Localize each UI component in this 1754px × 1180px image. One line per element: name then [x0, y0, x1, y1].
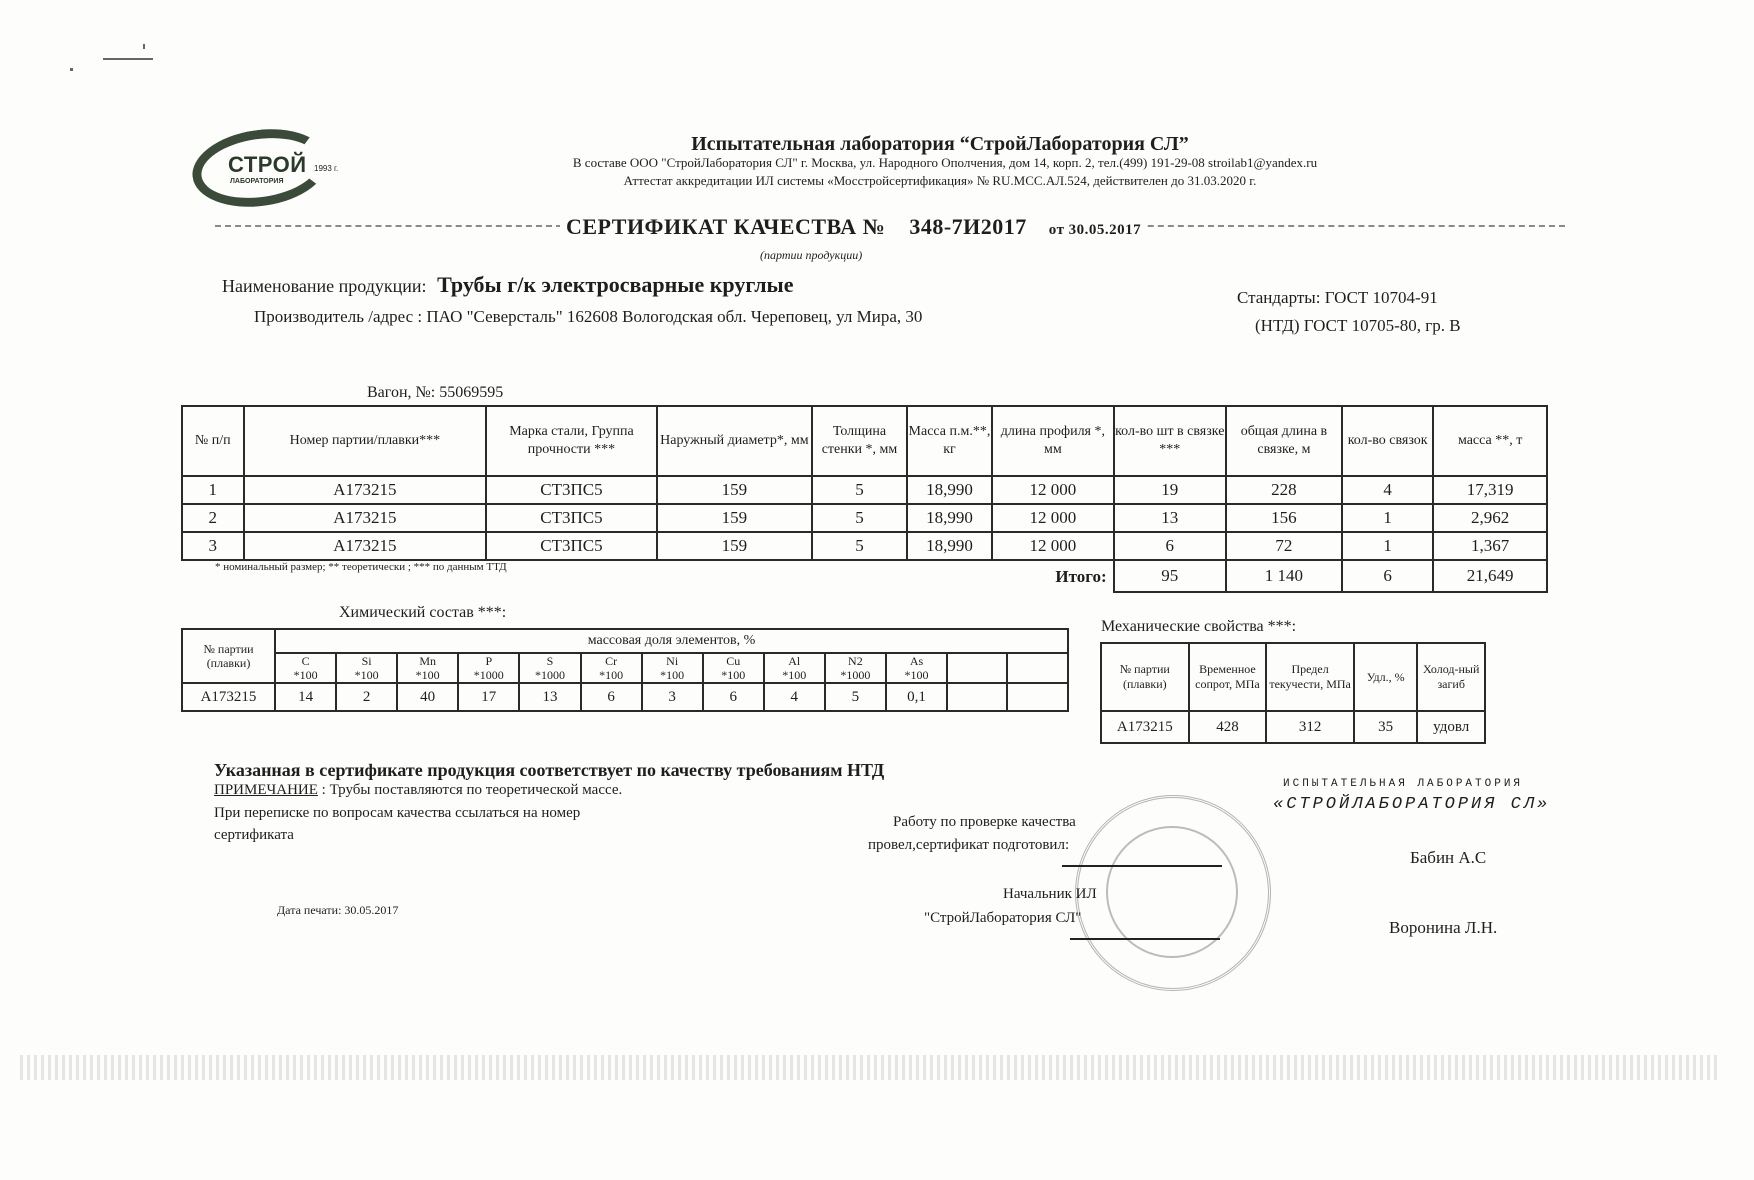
mechanical-table: № партии (плавки)Временное сопрот, МПаПр…	[1100, 642, 1486, 744]
certificate-number: 348-7И2017	[909, 214, 1026, 239]
element-value: 13	[519, 683, 580, 711]
lab-title: Испытательная лаборатория “СтройЛаборато…	[450, 133, 1430, 156]
table-cell: 17,319	[1433, 476, 1547, 504]
element-value: 40	[397, 683, 458, 711]
table-cell: А173215	[244, 532, 487, 560]
mech-column-header: № партии (плавки)	[1101, 643, 1189, 711]
element-value: 6	[581, 683, 642, 711]
element-symbol: Ni	[643, 654, 702, 668]
signature-line-1	[1062, 865, 1222, 867]
table-cell: 4	[1342, 476, 1433, 504]
mech-cell: 35	[1354, 711, 1418, 743]
table-cell: 159	[657, 532, 812, 560]
table-cell: 18,990	[907, 476, 992, 504]
element-symbol: Mn	[398, 654, 457, 668]
column-header: кол-во связок	[1342, 406, 1433, 476]
table-cell: 2,962	[1433, 504, 1547, 532]
element-value: 14	[275, 683, 336, 711]
lab-stamp-line-1: ИСПЫТАТЕЛЬНАЯ ЛАБОРАТОРИЯ	[1283, 778, 1523, 790]
table-row: А173215 142401713636450,1	[182, 683, 1068, 711]
chem-element-headers: C*100Si*100Mn*100P*1000S*1000Cr*100Ni*10…	[182, 653, 1068, 683]
table-cell: 228	[1226, 476, 1342, 504]
chem-batch-header: № партии (плавки)	[182, 629, 275, 683]
mech-header-row: № партии (плавки)Временное сопрот, МПаПр…	[1101, 643, 1485, 711]
scan-artifact	[143, 44, 145, 49]
lab-attestat: Аттестат аккредитации ИЛ системы «Мосстр…	[450, 173, 1430, 189]
scan-artifact	[103, 58, 153, 60]
print-date: Дата печати: 30.05.2017	[277, 903, 398, 918]
logo-word: СТРОЙ	[228, 152, 307, 178]
correspondence-line-2: сертификата	[214, 827, 294, 844]
mech-cell: А173215	[1101, 711, 1189, 743]
table-cell: 5	[812, 504, 907, 532]
logo-year: 1993 г.	[314, 164, 338, 173]
element-value: 3	[642, 683, 703, 711]
element-multiplier: *100	[765, 668, 824, 682]
element-header: Cu*100	[703, 653, 764, 683]
product-name: Наименование продукции: Трубы г/к электр…	[222, 272, 794, 298]
total-mass: 21,649	[1433, 560, 1547, 592]
table-cell: 1	[1342, 504, 1433, 532]
table-cell: 2	[182, 504, 244, 532]
checked-by-line-2: провел,сертификат подготовил:	[868, 837, 1069, 854]
mech-column-header: Удл., %	[1354, 643, 1418, 711]
column-header: кол-во шт в связке ***	[1114, 406, 1226, 476]
element-header: Mn*100	[397, 653, 458, 683]
chemistry-title: Химический состав ***:	[339, 604, 506, 622]
element-header: C*100	[275, 653, 336, 683]
column-header: масса **, т	[1433, 406, 1547, 476]
table-cell: 18,990	[907, 532, 992, 560]
element-header: Si*100	[336, 653, 397, 683]
mechanical-title: Механические свойства ***:	[1101, 618, 1296, 636]
column-header: Марка стали, Группа прочности ***	[486, 406, 656, 476]
element-value: 0,1	[886, 683, 947, 711]
element-value: 5	[825, 683, 886, 711]
wagon-number: Вагон, №: 55069595	[367, 384, 503, 402]
element-symbol: As	[887, 654, 946, 668]
table-cell: 3	[182, 532, 244, 560]
table-header-row: № п/пНомер партии/плавки***Марка стали, …	[182, 406, 1547, 476]
table-cell: 159	[657, 476, 812, 504]
element-header	[1007, 653, 1068, 683]
manufacturer: Производитель /адрес : ПАО "Северсталь" …	[254, 307, 922, 327]
element-symbol: C	[276, 654, 335, 668]
correspondence-line-1: При переписке по вопросам качества ссыла…	[214, 805, 580, 822]
table-cell: СТ3ПС5	[486, 532, 656, 560]
element-value: 17	[458, 683, 519, 711]
element-symbol: S	[520, 654, 579, 668]
column-header: Наружный диаметр*, мм	[657, 406, 812, 476]
element-symbol: Cr	[582, 654, 641, 668]
total-bundles: 6	[1342, 560, 1433, 592]
element-multiplier: *1000	[520, 668, 579, 682]
element-multiplier: *100	[276, 668, 335, 682]
signer-1: Бабин А.С	[1410, 848, 1486, 868]
table-cell: 1	[1342, 532, 1433, 560]
element-multiplier: *100	[582, 668, 641, 682]
standards-line-1: Стандарты: ГОСТ 10704-91	[1237, 288, 1438, 308]
column-header: Толщина стенки *, мм	[812, 406, 907, 476]
signer-2: Воронина Л.Н.	[1389, 918, 1497, 938]
standards-line-2: (НТД) ГОСТ 10705-80, гр. В	[1255, 316, 1461, 336]
table-cell: 72	[1226, 532, 1342, 560]
element-value: 6	[703, 683, 764, 711]
table-row: 1А173215СТ3ПС5159518,99012 00019228417,3…	[182, 476, 1547, 504]
column-header: Масса п.м.**, кг	[907, 406, 992, 476]
element-multiplier: *100	[643, 668, 702, 682]
product-value: Трубы г/к электросварные круглые	[437, 272, 793, 297]
conformity-statement: Указанная в сертификате продукция соотве…	[214, 760, 884, 781]
element-header: Ni*100	[642, 653, 703, 683]
element-header: Cr*100	[581, 653, 642, 683]
table-cell: СТ3ПС5	[486, 504, 656, 532]
head-title-line-1: Начальник ИЛ	[1003, 886, 1097, 903]
element-multiplier: *100	[704, 668, 763, 682]
mech-cell: 312	[1266, 711, 1354, 743]
scan-artifact	[70, 68, 73, 71]
chem-batch: А173215	[182, 683, 275, 711]
element-header: N2*1000	[825, 653, 886, 683]
element-multiplier: *100	[887, 668, 946, 682]
table-cell: 6	[1114, 532, 1226, 560]
table-cell: А173215	[244, 476, 487, 504]
table-footnote: * номинальный размер; ** теоретически ; …	[215, 561, 507, 573]
certificate-subtitle: (партии продукции)	[760, 248, 862, 263]
table-cell: 12 000	[992, 476, 1114, 504]
column-header: Номер партии/плавки***	[244, 406, 487, 476]
table-cell: 156	[1226, 504, 1342, 532]
checked-by-line-1: Работу по проверке качества	[893, 814, 1076, 831]
element-symbol: N2	[826, 654, 885, 668]
table-cell: 5	[812, 532, 907, 560]
element-symbol: Cu	[704, 654, 763, 668]
element-multiplier: *100	[337, 668, 396, 682]
note-text: : Трубы поставляются по теоретической ма…	[318, 782, 622, 798]
element-multiplier: *1000	[826, 668, 885, 682]
element-header: As*100	[886, 653, 947, 683]
note-label: ПРИМЕЧАНИЕ	[214, 782, 318, 798]
lab-address: В составе ООО "СтройЛаборатория СЛ" г. М…	[450, 155, 1440, 171]
element-symbol: P	[459, 654, 518, 668]
column-header: № п/п	[182, 406, 244, 476]
table-cell: 12 000	[992, 504, 1114, 532]
table-cell: 19	[1114, 476, 1226, 504]
table-cell: 1	[182, 476, 244, 504]
table-row: 3А173215СТ3ПС5159518,99012 00067211,367	[182, 532, 1547, 560]
round-stamp-icon	[1075, 795, 1271, 991]
chemistry-table: № партии (плавки) массовая доля элементо…	[181, 628, 1069, 712]
element-header: S*1000	[519, 653, 580, 683]
element-value: 2	[336, 683, 397, 711]
scan-artifact	[20, 1055, 1720, 1080]
signature-line-2	[1070, 938, 1220, 940]
element-value: 4	[764, 683, 825, 711]
totals-label: Итого:	[992, 560, 1114, 592]
element-symbol: Si	[337, 654, 396, 668]
chem-group-header: массовая доля элементов, %	[275, 629, 1068, 653]
certificate-title: СЕРТИФИКАТ КАЧЕСТВА № 348-7И2017 от 30.0…	[560, 214, 1147, 240]
mech-column-header: Предел текучести, МПа	[1266, 643, 1354, 711]
element-header: P*1000	[458, 653, 519, 683]
table-row: 2А173215СТ3ПС5159518,99012 0001315612,96…	[182, 504, 1547, 532]
table-cell: СТ3ПС5	[486, 476, 656, 504]
element-multiplier: *100	[398, 668, 457, 682]
note: ПРИМЕЧАНИЕ : Трубы поставляются по теоре…	[214, 782, 622, 799]
logo-subtitle: ЛАБОРАТОРИЯ	[230, 178, 283, 185]
head-title-line-2: "СтройЛаборатория СЛ"	[924, 910, 1081, 927]
element-symbol: Al	[765, 654, 824, 668]
element-header: Al*100	[764, 653, 825, 683]
lab-logo: СТРОЙ ЛАБОРАТОРИЯ 1993 г.	[192, 130, 342, 210]
element-header	[947, 653, 1007, 683]
column-header: общая длина в связке, м	[1226, 406, 1342, 476]
total-pieces: 95	[1114, 560, 1226, 592]
total-length: 1 140	[1226, 560, 1342, 592]
mech-column-header: Временное сопрот, МПа	[1189, 643, 1267, 711]
table-cell: 159	[657, 504, 812, 532]
column-header: длина профиля *, мм	[992, 406, 1114, 476]
mech-cell: удовл	[1417, 711, 1485, 743]
table-cell: 13	[1114, 504, 1226, 532]
element-value	[947, 683, 1007, 711]
table-row: А17321542831235удовл	[1101, 711, 1485, 743]
table-cell: А173215	[244, 504, 487, 532]
element-value	[1007, 683, 1068, 711]
mech-column-header: Холод-ный загиб	[1417, 643, 1485, 711]
element-multiplier: *1000	[459, 668, 518, 682]
table-cell: 12 000	[992, 532, 1114, 560]
product-label: Наименование продукции:	[222, 276, 427, 296]
table-cell: 5	[812, 476, 907, 504]
certificate-label: СЕРТИФИКАТ КАЧЕСТВА №	[566, 214, 885, 239]
table-cell: 18,990	[907, 504, 992, 532]
lab-stamp-line-2: «СТРОЙЛАБОРАТОРИЯ СЛ»	[1273, 795, 1550, 814]
table-cell: 1,367	[1433, 532, 1547, 560]
certificate-date: от 30.05.2017	[1049, 222, 1141, 238]
mech-cell: 428	[1189, 711, 1267, 743]
